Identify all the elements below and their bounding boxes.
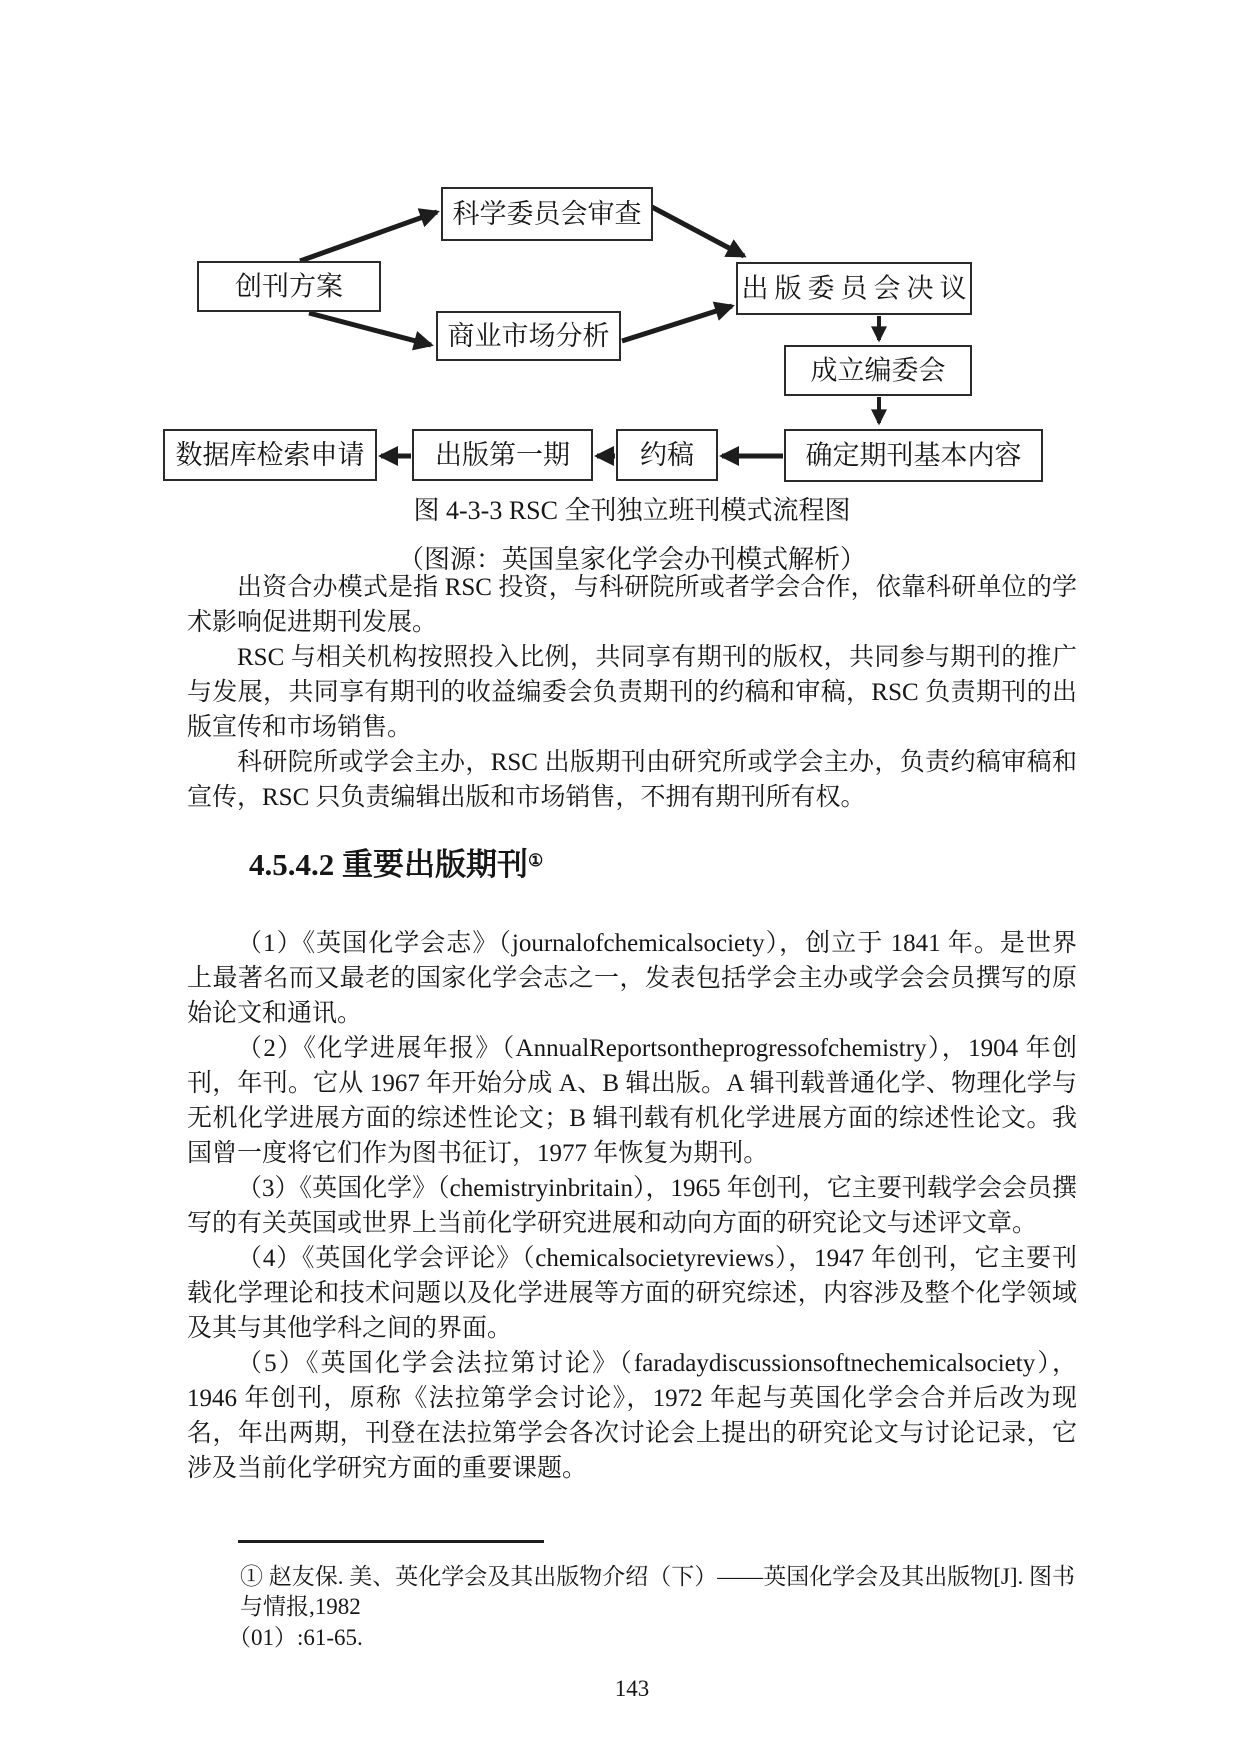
flowchart-figure: 创刊方案科学委员会审查商业市场分析出版委员会决议成立编委会确定期刊基本内容约稿出… [0,0,1240,510]
flowchart-node-label-first-issue: 出版第一期 [435,440,570,470]
flowchart-node-label-content: 确定期刊基本内容 [806,441,1022,471]
footnote-reference-line1: ① 赵友保. 美、英化学会及其出版物介绍（下）——英国化学会及其出版物[J]. … [240,1562,1085,1622]
journal-item-3: （3）《英国化学》（chemistryinbritain），1965 年创刊，它… [187,1171,1077,1241]
flowchart-node-label-ed-board: 成立编委会 [811,356,946,386]
document-page: 创刊方案科学委员会审查商业市场分析出版委员会决议成立编委会确定期刊基本内容约稿出… [0,0,1240,1753]
flowchart-node-label-pub-committee: 出版委员会决议 [742,274,973,304]
flowchart-arrow-2 [309,313,431,345]
paragraph-coop-mode: 出资合办模式是指 RSC 投资，与科研院所或者学会合作，依靠科研单位的学术影响促… [187,570,1077,640]
journal-item-5: （5）《英国化学会法拉第讨论》（faradaydiscussionsoftnec… [187,1346,1077,1486]
flowchart-node-label-plan: 创刊方案 [235,272,343,302]
section-heading-footnote-mark: ① [528,851,543,870]
paragraph-institute-host: 科研院所或学会主办，RSC 出版期刊由研究所或学会主办，负责约稿审稿和宣传，RS… [187,745,1077,815]
flowchart-node-label-sci-review: 科学委员会审查 [453,199,642,229]
figure-caption-title: 图 4-3-3 RSC 全刊独立班刊模式流程图 [187,494,1077,528]
flowchart-node-label-solicit: 约稿 [640,440,694,470]
section-heading: 4.5.4.2 重要出版期刊① [187,840,1077,886]
footnote-reference-line2: （01）:61-65. [228,1623,1073,1653]
flowchart-node-label-db-apply: 数据库检索申请 [176,440,365,470]
flowchart-node-label-market: 商业市场分析 [448,321,610,351]
paragraph-rsc-share: RSC 与相关机构按照投入比例，共同享有期刊的版权，共同参与期刊的推广与发展，共… [187,640,1077,745]
page-number: 143 [187,1676,1077,1702]
flowchart-arrow-1 [300,212,437,261]
journal-item-4: （4）《英国化学会评论》（chemicalsocietyreviews），194… [187,1241,1077,1346]
journal-item-2: （2）《化学进展年报》（AnnualReportsontheprogressof… [187,1031,1077,1171]
flowchart-arrow-4 [622,306,732,341]
flowchart-arrow-3 [650,206,744,256]
section-heading-text: 4.5.4.2 重要出版期刊 [249,847,528,882]
footnote-separator-rule [238,1540,544,1543]
body-text: 出资合办模式是指 RSC 投资，与科研院所或者学会合作，依靠科研单位的学术影响促… [187,570,1077,1486]
journal-item-1: （1）《英国化学会志》（journalofchemicalsociety），创立… [187,926,1077,1031]
